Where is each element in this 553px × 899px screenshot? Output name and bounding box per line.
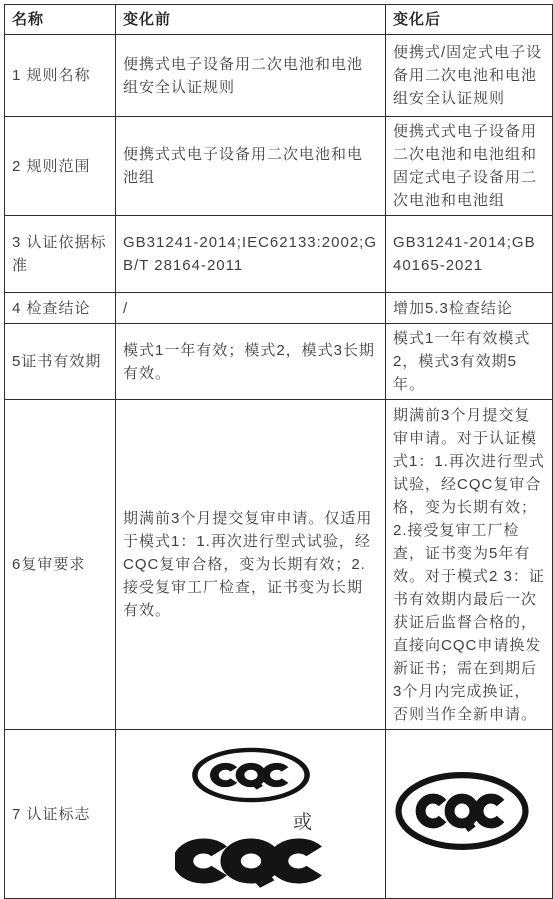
table-header-row: 名称 变化前 变化后 [5,5,553,35]
change-comparison-table: 名称 变化前 变化后 1 规则名称 便携式电子设备用二次电池和电池组安全认证规则… [4,4,553,899]
table-row-rule-name: 1 规则名称 便携式电子设备用二次电池和电池组安全认证规则 便携式/固定式电子设… [5,35,553,117]
table-row-inspection-conclusion: 4 检查结论 / 增加5.3检查结论 [5,293,553,324]
table-row-rule-scope: 2 规则范围 便携式式电子设备用二次电池和电池组 便携式式电子设备用二次电池和电… [5,117,553,216]
row3-before-cell: GB31241-2014;IEC62133:2002;GB/T 28164-20… [116,216,386,293]
row2-after-cell: 便携式式电子设备用二次电池和电池组和固定式电子设备用二次电池和电池组 [386,117,553,216]
table-row-certificate-validity: 5证书有效期 模式1一年有效；模式2，模式3长期有效。 模式1一年有效模式2，模… [5,324,553,400]
or-line: 或 [123,810,378,836]
row3-name-cell: 3 认证依据标准 [5,216,116,293]
row2-name-cell: 2 规则范围 [5,117,116,216]
header-name: 名称 [5,5,116,35]
row7-name-cell: 7 认证标志 [5,730,116,899]
table-row-review-requirements: 6复审要求 期满前3个月提交复审申请。仅适用于模式1：1.再次进行型式试验，经C… [5,400,553,730]
row7-after-cell [386,730,553,899]
cqc-wordmark-logo [175,836,327,888]
row7-before-cell: 或 [116,730,386,899]
row6-after-cell: 期满前3个月提交复审申请。对于认证模式1：1.再次进行型式试验，经CQC复审合格… [386,400,553,730]
row3-after-cell: GB31241-2014;GB 40165-2021 [386,216,553,293]
row4-after-cell: 增加5.3检查结论 [386,293,553,324]
table-row-certification-mark: 7 认证标志 [5,730,553,899]
row6-name-cell: 6复审要求 [5,400,116,730]
row5-after-cell: 模式1一年有效模式2，模式3有效期5年。 [386,324,553,400]
header-before: 变化前 [116,5,386,35]
row5-name-cell: 5证书有效期 [5,324,116,400]
row1-after-cell: 便携式/固定式电子设备用二次电池和电池组安全认证规则 [386,35,553,117]
row2-before-cell: 便携式式电子设备用二次电池和电池组 [116,117,386,216]
cqc-oval-logo [393,771,531,851]
row4-name-cell: 4 检查结论 [5,293,116,324]
certification-mark-before: 或 [123,733,378,895]
row1-name-cell: 1 规则名称 [5,35,116,117]
cqc-oval-logo [190,747,312,803]
row4-before-cell: / [116,293,386,324]
row6-before-cell: 期满前3个月提交复审申请。仅适用于模式1：1.再次进行型式试验，经CQC复审合格… [116,400,386,730]
table-row-standards: 3 认证依据标准 GB31241-2014;IEC62133:2002;GB/T… [5,216,553,293]
row5-before-cell: 模式1一年有效；模式2，模式3长期有效。 [116,324,386,400]
or-label: 或 [293,810,312,836]
document-page: 名称 变化前 变化后 1 规则名称 便携式电子设备用二次电池和电池组安全认证规则… [0,0,553,874]
header-after: 变化后 [386,5,553,35]
row1-before-cell: 便携式电子设备用二次电池和电池组安全认证规则 [116,35,386,117]
